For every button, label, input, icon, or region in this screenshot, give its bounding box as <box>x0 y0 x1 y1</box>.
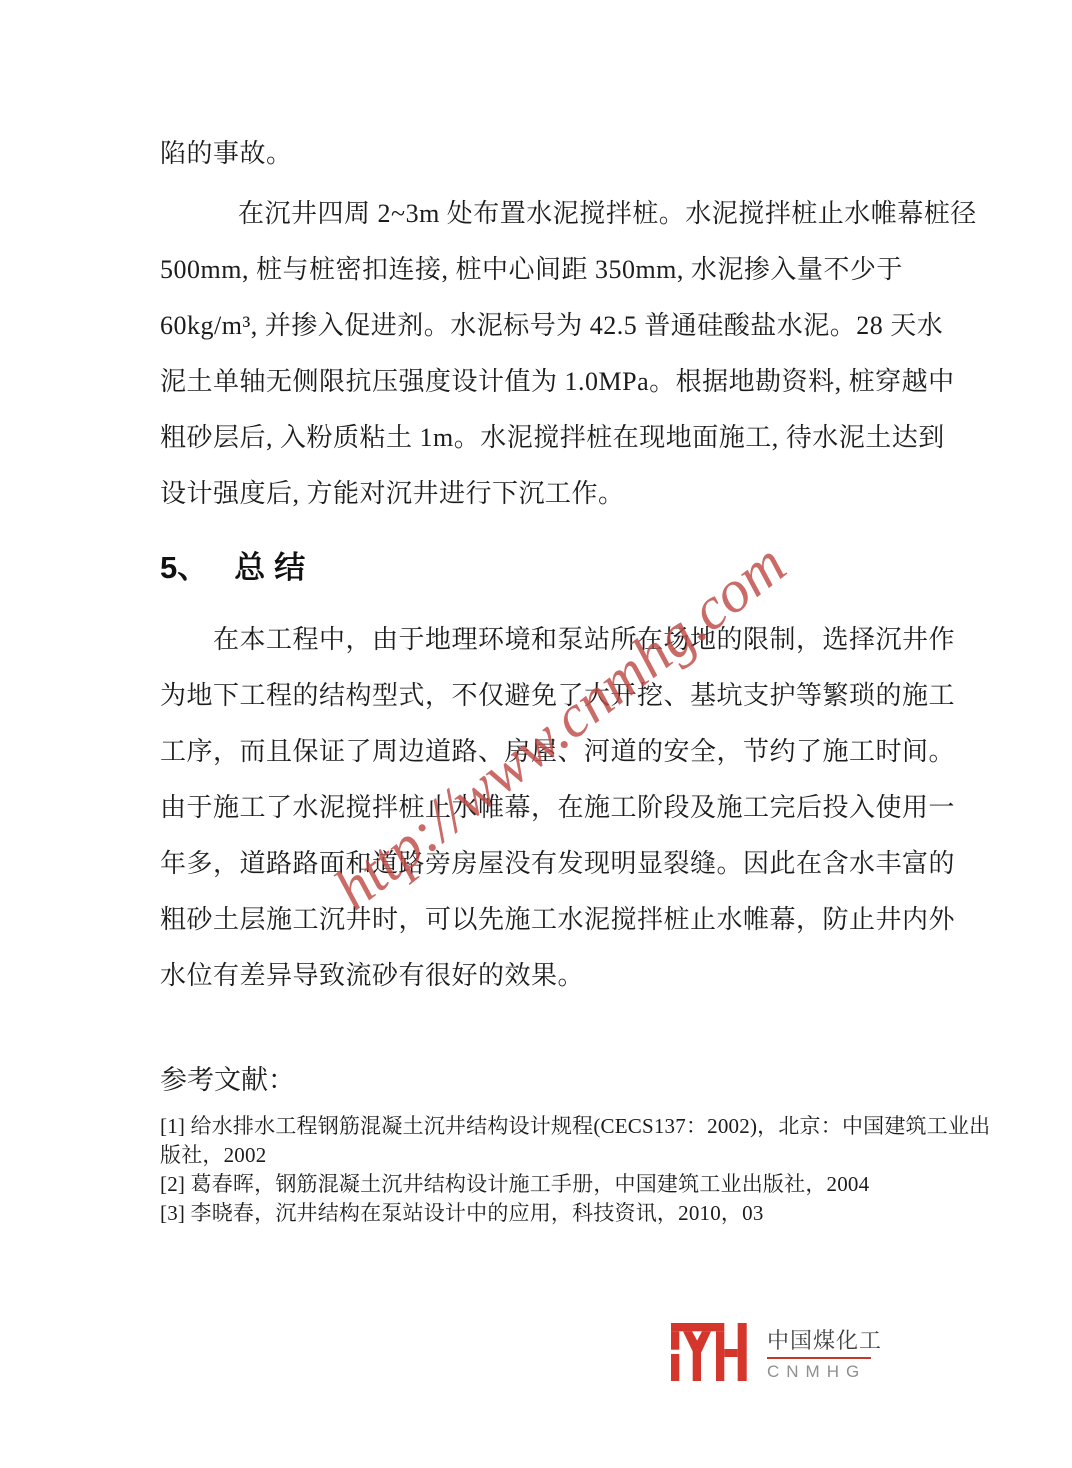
text-line: [2] 葛春晖，钢筋混凝土沉井结构设计施工手册，中国建筑工业出版社，2004 <box>160 1170 950 1199</box>
references-list: [1] 给水排水工程钢筋混凝土沉井结构设计规程(CECS137：2002)，北京… <box>160 1112 950 1228</box>
company-logo: 中国煤化工 CNMHG <box>671 1322 882 1384</box>
paragraph-summary: 在本工程中，由于地理环境和泵站所在场地的限制，选择沉井作为地下工程的结构型式，不… <box>160 612 950 1004</box>
text-line: 陷的事故。 <box>160 126 950 182</box>
section-heading-summary: 5、总结 <box>160 548 314 588</box>
paragraph-cement-mixing-piles: 在沉井四周 2~3m 处布置水泥搅拌桩。水泥搅拌桩止水帷幕桩径500mm, 桩与… <box>160 186 950 522</box>
text-line: 在沉井四周 2~3m 处布置水泥搅拌桩。水泥搅拌桩止水帷幕桩径 <box>160 186 950 242</box>
text-line: 粗砂层后, 入粉质粘土 1m。水泥搅拌桩在现地面施工, 待水泥土达到 <box>160 410 950 466</box>
text-line: 由于施工了水泥搅拌桩止水帷幕，在施工阶段及施工完后投入使用一 <box>160 780 950 836</box>
text-line: 粗砂土层施工沉井时，可以先施工水泥搅拌桩止水帷幕，防止井内外 <box>160 892 950 948</box>
logo-chinese-name: 中国煤化工 <box>767 1328 882 1354</box>
document-page: 陷的事故。 在沉井四周 2~3m 处布置水泥搅拌桩。水泥搅拌桩止水帷幕桩径500… <box>0 0 1072 1468</box>
text-line: [1] 给水排水工程钢筋混凝土沉井结构设计规程(CECS137：2002)，北京… <box>160 1112 950 1141</box>
paragraph-accident-continuation: 陷的事故。 <box>160 126 950 182</box>
logo-text-block: 中国煤化工 CNMHG <box>767 1322 882 1382</box>
text-line: 年多，道路路面和道路旁房屋没有发现明显裂缝。因此在含水丰富的 <box>160 836 950 892</box>
text-line: 为地下工程的结构型式，不仅避免了大开挖、基坑支护等繁琐的施工 <box>160 668 950 724</box>
text-line: 在本工程中，由于地理环境和泵站所在场地的限制，选择沉井作 <box>160 612 950 668</box>
text-line: [3] 李晓春，沉井结构在泵站设计中的应用，科技资讯，2010，03 <box>160 1199 950 1228</box>
text-line: 泥土单轴无侧限抗压强度设计值为 1.0MPa。根据地勘资料, 桩穿越中 <box>160 354 950 410</box>
text-line: 水位有差异导致流砂有很好的效果。 <box>160 948 950 1004</box>
section-number: 5、 <box>160 548 208 588</box>
logo-mh-monogram-icon <box>671 1322 749 1384</box>
text-line: 60kg/m³, 并掺入促进剂。水泥标号为 42.5 普通硅酸盐水泥。28 天水 <box>160 298 950 354</box>
text-line: 500mm, 桩与桩密扣连接, 桩中心间距 350mm, 水泥掺入量不少于 <box>160 242 950 298</box>
section-title: 总结 <box>234 548 314 588</box>
text-line: 设计强度后, 方能对沉井进行下沉工作。 <box>160 466 950 522</box>
references-title: 参考文献： <box>160 1062 295 1098</box>
text-line: 版社，2002 <box>160 1141 950 1170</box>
logo-red-rule <box>767 1357 871 1359</box>
logo-english-abbr: CNMHG <box>767 1362 882 1382</box>
text-line: 工序，而且保证了周边道路、房屋、河道的安全，节约了施工时间。 <box>160 724 950 780</box>
